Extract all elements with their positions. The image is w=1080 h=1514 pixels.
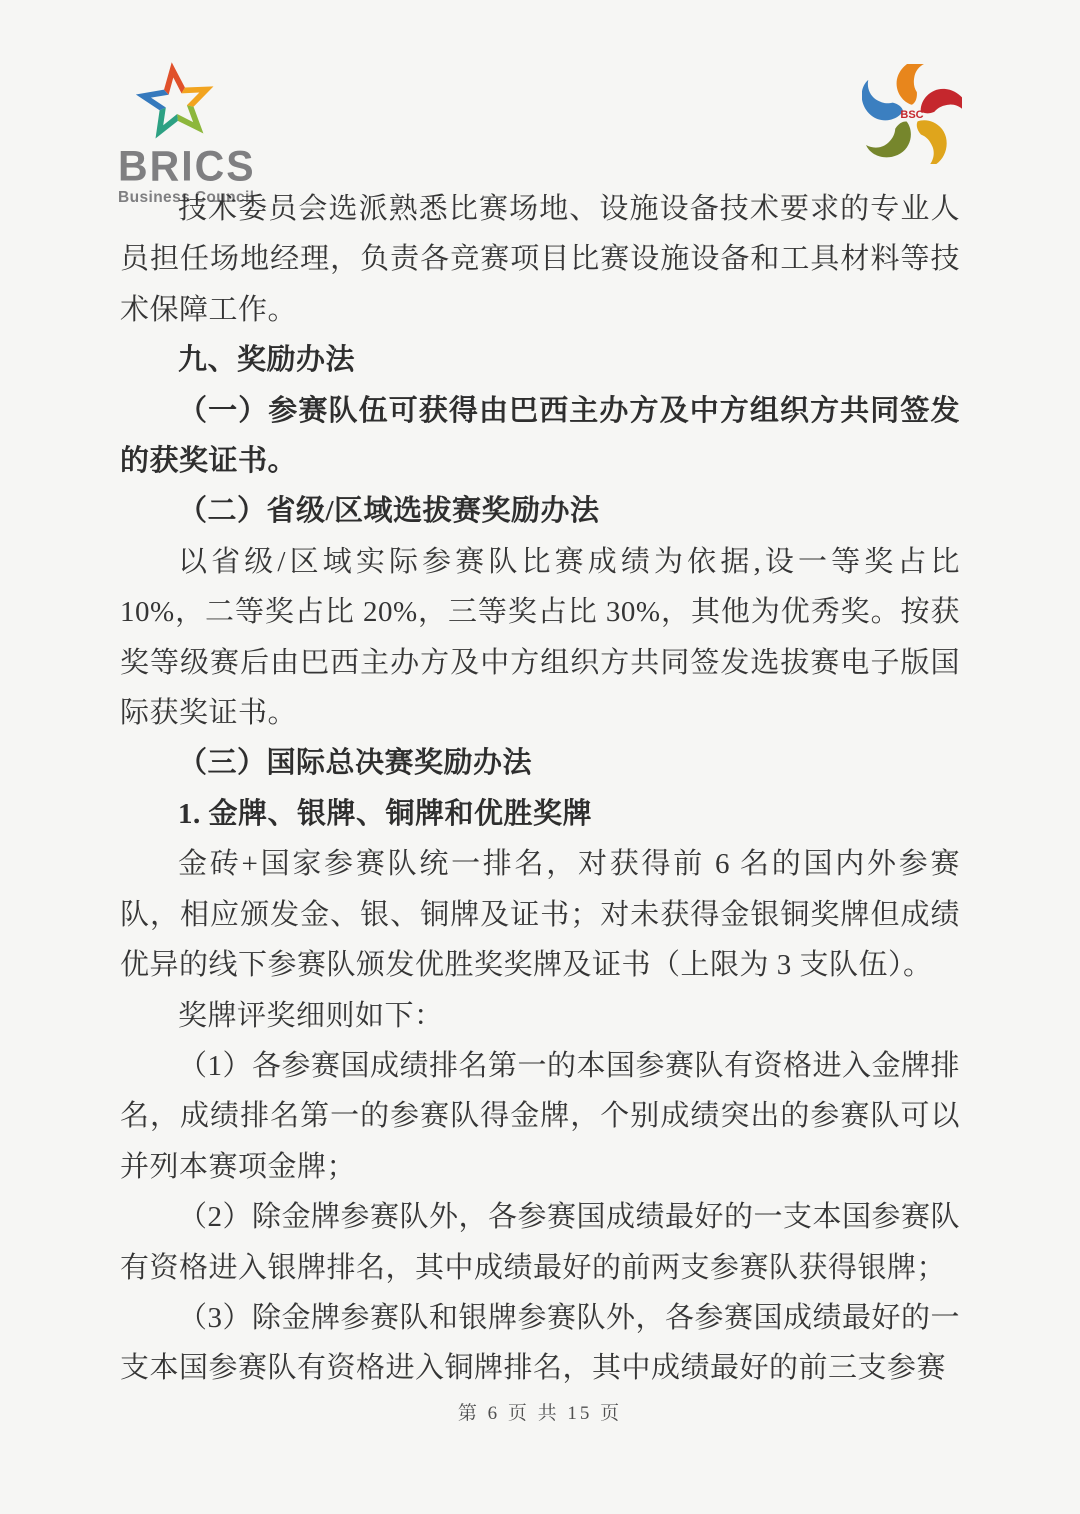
document-page: BRICS Business Council BSC 技术委员会选派熟悉比赛场地… bbox=[0, 0, 1080, 1514]
bsc-monogram: BSC bbox=[900, 109, 923, 121]
paragraph: 奖牌评奖细则如下： bbox=[120, 991, 960, 1041]
page-number-label: 第 6 页 共 15 页 bbox=[458, 1403, 622, 1424]
bsc-pinwheel-icon: BSC bbox=[862, 64, 962, 164]
page-footer: 第 6 页 共 15 页 bbox=[0, 1398, 1080, 1425]
brics-star-icon bbox=[132, 62, 220, 144]
paragraph: （三）国际总决赛奖励办法 bbox=[120, 738, 960, 788]
paragraph: 以省级/区域实际参赛队比赛成绩为依据,设一等奖占比 10%，二等奖占比 20%，… bbox=[120, 537, 960, 739]
paragraph: （3）除金牌参赛队和银牌参赛队外，各参赛国成绩最好的一支本国参赛队有资格进入铜牌… bbox=[120, 1293, 960, 1394]
paragraph: （二）省级/区域选拔赛奖励办法 bbox=[120, 486, 960, 536]
brics-logo-title: BRICS bbox=[118, 145, 318, 188]
document-body: 技术委员会选派熟悉比赛场地、设施设备技术要求的专业人员担任场地经理，负责各竞赛项… bbox=[120, 184, 960, 1394]
paragraph: （1）各参赛国成绩排名第一的本国参赛队有资格进入金牌排名，成绩排名第一的参赛队得… bbox=[120, 1041, 960, 1192]
paragraph: 1. 金牌、银牌、铜牌和优胜奖牌 bbox=[120, 789, 960, 839]
paragraph: 金砖+国家参赛队统一排名，对获得前 6 名的国内外参赛队，相应颁发金、银、铜牌及… bbox=[120, 839, 960, 990]
paragraph: （2）除金牌参赛队外，各参赛国成绩最好的一支本国参赛队有资格进入银牌排名，其中成… bbox=[120, 1192, 960, 1293]
paragraph: 九、奖励办法 bbox=[120, 335, 960, 385]
paragraph: 技术委员会选派熟悉比赛场地、设施设备技术要求的专业人员担任场地经理，负责各竞赛项… bbox=[120, 184, 960, 335]
bsc-pinwheel-logo: BSC bbox=[862, 64, 962, 164]
paragraph: （一）参赛队伍可获得由巴西主办方及中方组织方共同签发的获奖证书。 bbox=[120, 386, 960, 487]
